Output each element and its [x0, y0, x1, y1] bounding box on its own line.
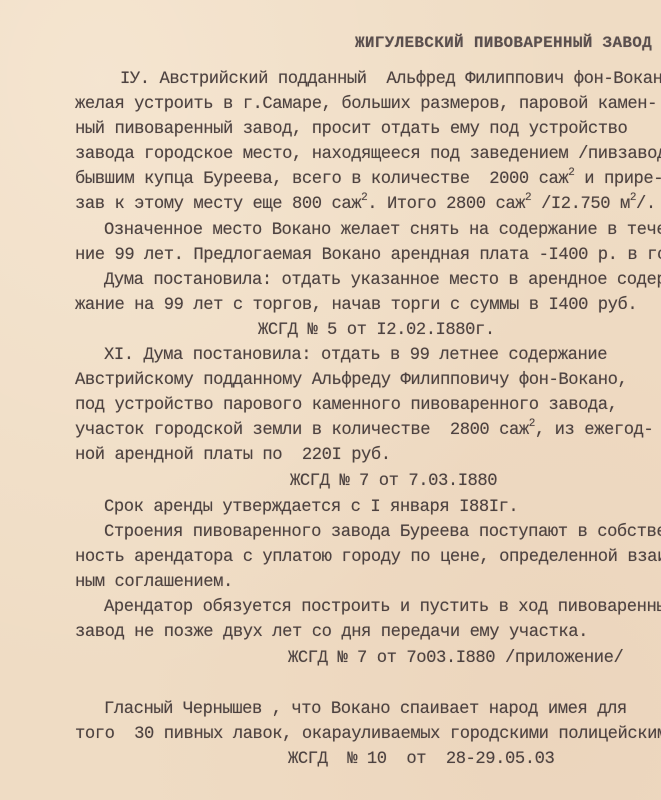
paragraph-line: ной арендной платы по 220I руб.: [75, 446, 391, 466]
paragraph-line: IУ. Австрийский подданный Альфред Филипп…: [120, 70, 661, 90]
paragraph-line: Гласный Чернышев , что Вокано спаивает н…: [104, 700, 627, 720]
paragraph-line: завода городское место, находящееся под …: [75, 145, 661, 165]
paragraph-line: желая устроить в г.Самаре, больших разме…: [75, 95, 657, 115]
paragraph-line: ность арендатора с уплатою городу по цен…: [75, 548, 661, 568]
reference-citation: ЖСГД № 7 от 7.03.I880: [290, 472, 497, 492]
paragraph-line: ным соглашением.: [75, 573, 233, 593]
paragraph-line: под устройство парового каменного пивова…: [75, 396, 618, 416]
document-page: ЖИГУЛЕВСКИЙ ПИВОВАРЕННЫЙ ЗАВОД IУ. Австр…: [0, 0, 661, 800]
paragraph-line: того 30 пивных лавок, окарауливаемых гор…: [75, 725, 661, 745]
paragraph-line: завод не позже двух лет со дня передачи …: [75, 623, 588, 643]
reference-citation: ЖСГД № 5 от I2.02.I880г.: [258, 321, 495, 341]
paragraph-line: Означенное место Вокано желает снять на …: [104, 221, 661, 241]
reference-citation: ЖСГД № 7 от 7о03.I880 /приложение/: [288, 649, 623, 669]
paragraph-line: ние 99 лет. Предлогаемая Вокано арендная…: [75, 246, 661, 266]
reference-citation: ЖСГД № 10 от 28-29.05.03: [288, 750, 554, 770]
paragraph-line: XI. Дума постановила: отдать в 99 летнее…: [104, 346, 607, 366]
paragraph-line: Срок аренды утверждается с I января I88I…: [104, 498, 518, 518]
paragraph-line: Арендатор обязуется построить и пустить …: [104, 598, 661, 618]
paragraph-line: Строения пивоваренного завода Буреева по…: [104, 523, 661, 543]
paragraph-line: бывшим купца Буреева, всего в количестве…: [75, 170, 661, 190]
paragraph-line: жание на 99 лет с торгов, начав торги с …: [75, 296, 637, 316]
paragraph-line: Австрийскому подданному Альфреду Филиппо…: [75, 371, 627, 391]
paragraph-line: ный пивоваренный завод, просит отдать ем…: [75, 120, 627, 140]
paragraph-line: Дума постановила: отдать указанное место…: [104, 271, 661, 291]
document-header: ЖИГУЛЕВСКИЙ ПИВОВАРЕННЫЙ ЗАВОД: [355, 33, 652, 53]
paragraph-line: участок городской земли в количестве 280…: [75, 421, 653, 441]
paragraph-line: зав к этому месту еще 800 саж2. Итого 28…: [75, 195, 656, 215]
